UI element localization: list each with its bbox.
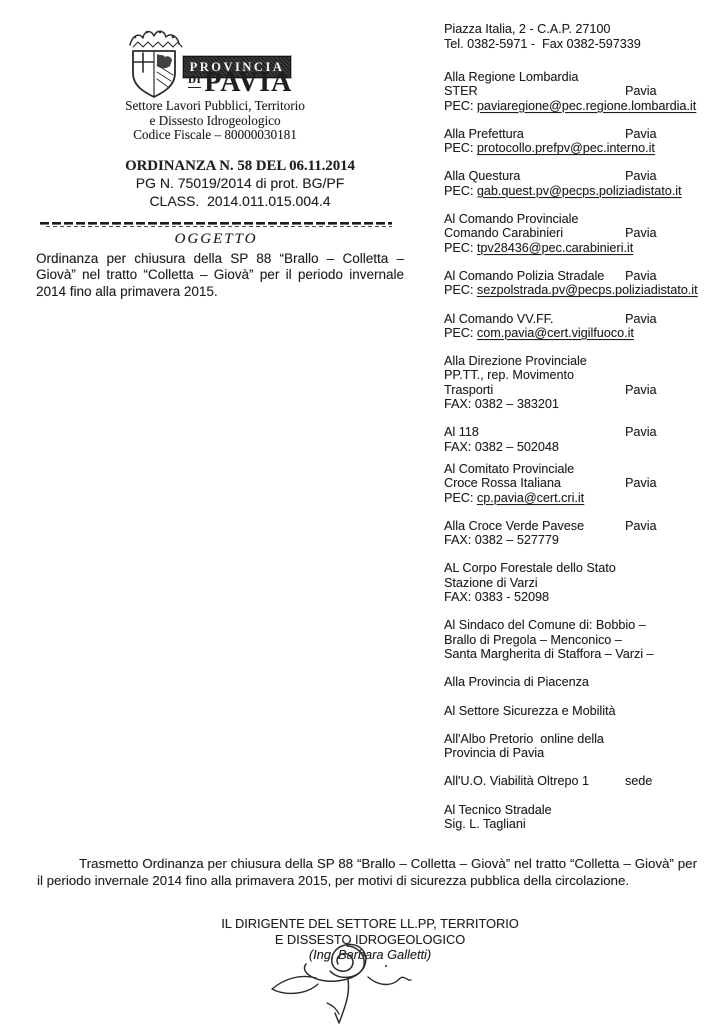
fax-line: FAX: 0382 – 502048 [444, 440, 712, 454]
fax-number: 0383 - 52098 [475, 590, 549, 604]
recipient-block: Alla QuesturaPaviaPEC: gab.quest.pv@pecp… [444, 169, 712, 198]
recipient-city: sede [625, 774, 652, 788]
recipient-block: Al Sindaco del Comune di: Bobbio –Brallo… [444, 618, 712, 661]
recipient-line: TrasportiPavia [444, 383, 712, 397]
recipient-line: Alla Regione Lombardia [444, 70, 712, 84]
recipient-line: All'U.O. Viabilità Oltrepo 1sede [444, 774, 712, 788]
recipient-block: Alla Direzione ProvincialePP.TT., rep. M… [444, 354, 712, 411]
recipient-name: Stazione di Varzi [444, 576, 538, 590]
recipient-name: Alla Direzione Provinciale [444, 354, 587, 368]
recipient-city: Pavia [625, 84, 657, 98]
recipient-name: Provincia di Pavia [444, 746, 544, 760]
recipient-line: Croce Rossa ItalianaPavia [444, 476, 712, 490]
pec-label: PEC: [444, 491, 477, 505]
pec-address: gab.quest.pv@pecps.poliziadistato.it [477, 184, 682, 198]
subject-label: OGGETTO [40, 231, 392, 248]
recipient-name: All'Albo Pretorio online della [444, 732, 604, 746]
pec-label: PEC: [444, 283, 477, 297]
closing-paragraph: Trasmetto Ordinanza per chiusura della S… [37, 855, 697, 890]
recipient-line: Al 118Pavia [444, 425, 712, 439]
recipient-block: Al Tecnico StradaleSig. L. Tagliani [444, 803, 712, 832]
recipient-line: Al Tecnico Stradale [444, 803, 712, 817]
recipient-line: Al Comando VV.FF.Pavia [444, 312, 712, 326]
wordmark-di: DI [188, 74, 201, 88]
recipient-line: All'Albo Pretorio online della [444, 732, 712, 746]
letterhead-department: Settore Lavori Pubblici, Territorio e Di… [50, 99, 380, 143]
recipient-city: Pavia [625, 519, 657, 533]
recipient-block: Al Comando VV.FF.PaviaPEC: com.pavia@cer… [444, 312, 712, 341]
pec-line: PEC: gab.quest.pv@pecps.poliziadistato.i… [444, 184, 712, 198]
recipient-line: Brallo di Pregola – Menconico – [444, 633, 712, 647]
provincia-crest-icon [126, 28, 184, 100]
recipient-block: All'Albo Pretorio online dellaProvincia … [444, 732, 712, 761]
pec-label: PEC: [444, 184, 477, 198]
pec-address: tpv28436@pec.carabinieri.it [477, 241, 633, 255]
pec-label: PEC: [444, 326, 477, 340]
recipient-block: Alla Provincia di Piacenza [444, 675, 712, 689]
phone-fax-line: Tel. 0382-5971 - Fax 0382-597339 [444, 37, 714, 52]
recipient-city: Pavia [625, 425, 657, 439]
wordmark-pavia: PAVIA [204, 68, 292, 98]
recipient-name: Al Comando Polizia Stradale [444, 269, 604, 283]
recipient-city: Pavia [625, 383, 657, 397]
recipient-city: Pavia [625, 476, 657, 490]
dashed-separator [40, 222, 392, 228]
recipient-line: Santa Margherita di Staffora – Varzi – [444, 647, 712, 661]
pec-line: PEC: protocollo.prefpv@pec.interno.it [444, 141, 712, 155]
fiscal-code: Codice Fiscale – 80000030181 [50, 128, 380, 143]
recipient-name: Alla Croce Verde Pavese [444, 519, 584, 533]
recipient-line: Alla Croce Verde PavesePavia [444, 519, 712, 533]
recipient-name: Brallo di Pregola – Menconico – [444, 633, 622, 647]
pec-label: PEC: [444, 141, 477, 155]
provincia-wordmark: DI PAVIA [188, 68, 308, 98]
recipient-name: Croce Rossa Italiana [444, 476, 561, 490]
recipient-block: Al 118PaviaFAX: 0382 – 502048 [444, 425, 712, 454]
pec-address: paviaregione@pec.regione.lombardia.it [477, 99, 696, 113]
recipient-name: AL Corpo Forestale dello Stato [444, 561, 616, 575]
ordinance-protocol: PG N. 75019/2014 di prot. BG/PF [70, 175, 410, 193]
recipient-name: Alla Questura [444, 169, 520, 183]
department-line2: e Dissesto Idrogeologico [50, 114, 380, 129]
recipient-line: Alla Provincia di Piacenza [444, 675, 712, 689]
recipient-block: Alla Regione LombardiaSTERPaviaPEC: pavi… [444, 70, 712, 113]
recipient-line: Al Sindaco del Comune di: Bobbio – [444, 618, 712, 632]
recipient-block: Alla PrefetturaPaviaPEC: protocollo.pref… [444, 127, 712, 156]
recipient-block: Al Settore Sicurezza e Mobilità [444, 704, 712, 718]
recipient-line: Al Comando Polizia StradalePavia [444, 269, 712, 283]
recipient-name: Al Comitato Provinciale [444, 462, 574, 476]
recipient-block: All'U.O. Viabilità Oltrepo 1sede [444, 774, 712, 788]
recipient-name: Al Sindaco del Comune di: Bobbio – [444, 618, 646, 632]
recipient-name: Santa Margherita di Staffora – Varzi – [444, 647, 654, 661]
recipient-block: Alla Croce Verde PavesePaviaFAX: 0382 – … [444, 519, 712, 548]
recipient-line: Provincia di Pavia [444, 746, 712, 760]
recipient-name: Comando Carabinieri [444, 226, 563, 240]
pec-line: PEC: tpv28436@pec.carabinieri.it [444, 241, 712, 255]
fax-label: FAX: [444, 590, 475, 604]
pec-address: cp.pavia@cert.cri.it [477, 491, 584, 505]
recipient-name: All'U.O. Viabilità Oltrepo 1 [444, 774, 589, 788]
recipient-city: Pavia [625, 269, 657, 283]
fax-line: FAX: 0382 – 527779 [444, 533, 712, 547]
recipient-line: PP.TT., rep. Movimento [444, 368, 712, 382]
pec-label: PEC: [444, 99, 477, 113]
pec-line: PEC: com.pavia@cert.vigilfuoco.it [444, 326, 712, 340]
recipient-name: STER [444, 84, 478, 98]
document-page: PROVINCIA DI PAVIA Settore Lavori Pubbli… [0, 0, 724, 1024]
recipient-name: Sig. L. Tagliani [444, 817, 526, 831]
recipient-block: Al Comitato ProvincialeCroce Rossa Itali… [444, 462, 712, 505]
pec-label: PEC: [444, 241, 477, 255]
ordinance-classification: CLASS. 2014.011.015.004.4 [70, 193, 410, 211]
pec-address: protocollo.prefpv@pec.interno.it [477, 141, 655, 155]
recipient-city: Pavia [625, 312, 657, 326]
recipient-name: Al Comando Provinciale [444, 212, 578, 226]
ordinance-header: ORDINANZA N. 58 DEL 06.11.2014 PG N. 750… [70, 157, 410, 210]
recipient-name: Trasporti [444, 383, 493, 397]
fax-line: FAX: 0382 – 383201 [444, 397, 712, 411]
ordinance-title: ORDINANZA N. 58 DEL 06.11.2014 [70, 157, 410, 175]
pec-address: sezpolstrada.pv@pecps.poliziadistato.it [477, 283, 698, 297]
recipient-block: Al Comando Polizia StradalePaviaPEC: sez… [444, 269, 712, 298]
recipients-list: Alla Regione LombardiaSTERPaviaPEC: pavi… [444, 70, 712, 845]
recipient-line: Comando CarabinieriPavia [444, 226, 712, 240]
recipient-name: Alla Regione Lombardia [444, 70, 578, 84]
recipient-name: Al 118 [444, 425, 479, 439]
recipient-line: STERPavia [444, 84, 712, 98]
address-line: Piazza Italia, 2 - C.A.P. 27100 [444, 22, 714, 37]
department-line1: Settore Lavori Pubblici, Territorio [50, 99, 380, 114]
handwritten-signature-flower-icon [266, 924, 442, 1024]
recipient-city: Pavia [625, 169, 657, 183]
recipient-city: Pavia [625, 226, 657, 240]
recipient-line: Al Comitato Provinciale [444, 462, 712, 476]
subject-paragraph: Ordinanza per chiusura della SP 88 “Bral… [36, 251, 404, 300]
recipient-block: AL Corpo Forestale dello StatoStazione d… [444, 561, 712, 604]
recipient-line: Stazione di Varzi [444, 576, 712, 590]
recipient-block: Al Comando ProvincialeComando Carabinier… [444, 212, 712, 255]
pec-address: com.pavia@cert.vigilfuoco.it [477, 326, 634, 340]
fax-label: FAX: [444, 397, 475, 411]
recipient-line: Alla PrefetturaPavia [444, 127, 712, 141]
fax-number: 0382 – 383201 [475, 397, 559, 411]
recipient-line: Alla Direzione Provinciale [444, 354, 712, 368]
recipient-name: Al Tecnico Stradale [444, 803, 552, 817]
recipient-city: Pavia [625, 127, 657, 141]
recipient-name: Al Settore Sicurezza e Mobilità [444, 704, 616, 718]
fax-number: 0382 – 502048 [475, 440, 559, 454]
pec-line: PEC: sezpolstrada.pv@pecps.poliziadistat… [444, 283, 712, 297]
fax-label: FAX: [444, 533, 475, 547]
fax-number: 0382 – 527779 [475, 533, 559, 547]
recipient-name: PP.TT., rep. Movimento [444, 368, 574, 382]
pec-line: PEC: cp.pavia@cert.cri.it [444, 491, 712, 505]
recipient-line: Sig. L. Tagliani [444, 817, 712, 831]
recipient-line: Al Settore Sicurezza e Mobilità [444, 704, 712, 718]
recipient-name: Al Comando VV.FF. [444, 312, 553, 326]
pec-line: PEC: paviaregione@pec.regione.lombardia.… [444, 99, 712, 113]
contact-block: Piazza Italia, 2 - C.A.P. 27100 Tel. 038… [444, 22, 714, 52]
fax-line: FAX: 0383 - 52098 [444, 590, 712, 604]
fax-label: FAX: [444, 440, 475, 454]
recipient-line: Alla QuesturaPavia [444, 169, 712, 183]
recipient-name: Alla Prefettura [444, 127, 524, 141]
recipient-line: Al Comando Provinciale [444, 212, 712, 226]
recipient-name: Alla Provincia di Piacenza [444, 675, 589, 689]
recipient-line: AL Corpo Forestale dello Stato [444, 561, 712, 575]
